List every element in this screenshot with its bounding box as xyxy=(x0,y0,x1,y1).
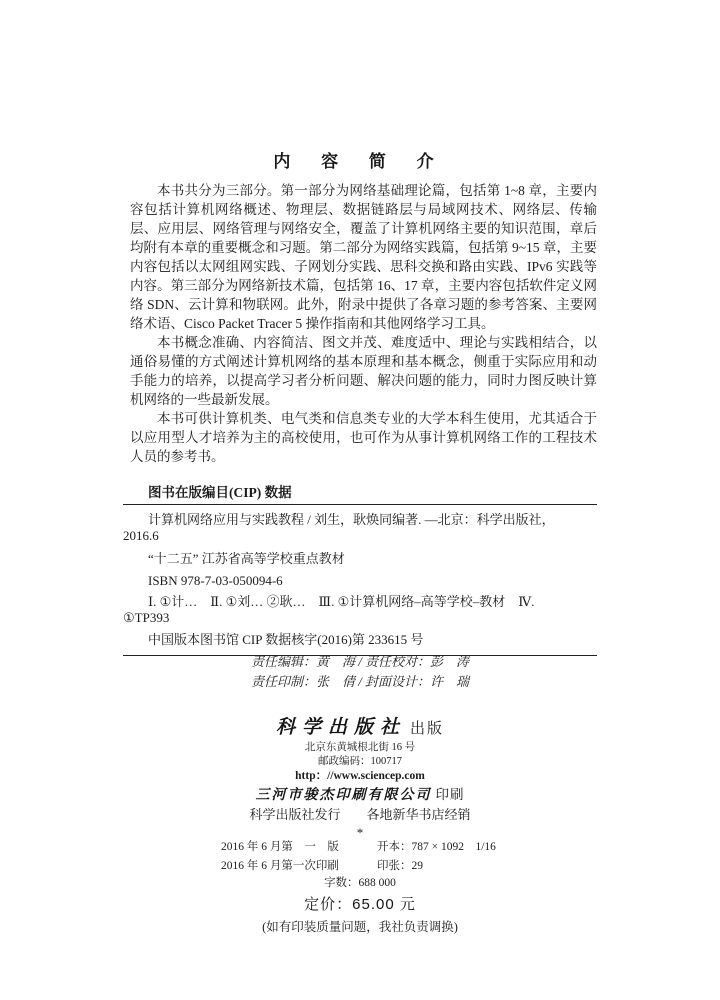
impression-row: 2016 年 6 月第一次印刷 印张：29 xyxy=(0,857,720,876)
quality-notice: (如有印装质量问题，我社负责调换) xyxy=(0,918,720,936)
cip-title-line: 计算机网络应用与实践教程 / 刘生，耿焕同编著. —北京：科学出版社， xyxy=(123,512,597,528)
distribution-line: 科学出版社发行 各地新华书店经销 xyxy=(0,806,720,824)
cip-classification-continuation: ①TP393 xyxy=(123,610,597,626)
price: 定价：65.00 元 xyxy=(0,894,720,916)
publisher-address: 北京东黄城根北街 16 号 xyxy=(0,741,720,755)
cip-section: 图书在版编目(CIP) 数据 计算机网络应用与实践教程 / 刘生，耿焕同编著. … xyxy=(123,484,597,656)
cip-header: 图书在版编目(CIP) 数据 xyxy=(123,484,597,501)
intro-paragraph-1: 本书共分为三部分。第一部分为网络基础理论篇，包括第 1~8 章，主要内容包括计算… xyxy=(130,181,597,333)
cip-isbn: ISBN 978-7-03-050094-6 xyxy=(123,573,597,589)
page-title: 内 容 简 介 xyxy=(0,147,720,172)
intro-paragraph-3: 本书可供计算机类、电气类和信息类专业的大学本科生使用，尤其适合于以应用型人才培养… xyxy=(130,409,597,466)
publisher-postcode: 邮政编码：100717 xyxy=(0,755,720,769)
intro-paragraph-2: 本书概念准确、内容简洁、图文并茂、难度适中、理论与实践相结合，以通俗易懂的方式阐… xyxy=(130,333,597,409)
credits-section: 责任编辑：黄 海 / 责任校对：彭 涛 责任印制：张 倩 / 封面设计：许 瑞 xyxy=(0,652,720,692)
cip-classification: Ⅰ. ①计… Ⅱ. ①刘… ②耿… Ⅲ. ①计算机网络–高等学校–教材 Ⅳ. xyxy=(123,594,597,610)
cip-title-continuation: 2016.6 xyxy=(123,528,597,544)
word-count: 字数：688 000 xyxy=(0,875,720,891)
edition-row: 2016 年 6 月第 一 版 开本：787 × 1092 1/16 xyxy=(0,838,720,857)
cip-record-number: 中国版本图书馆 CIP 数据核字(2016)第 233615 号 xyxy=(123,632,597,648)
printer-name: 三河市骏杰印刷有限公司 xyxy=(256,788,432,803)
cip-series-line: “十二五” 江苏省高等学校重点教材 xyxy=(123,551,597,567)
colophon-section: 科学出版社出版 北京东黄城根北街 16 号 邮政编码：100717 http：/… xyxy=(0,716,720,936)
book-format: 开本：787 × 1092 1/16 xyxy=(377,838,499,857)
publisher-website: http：//www.sciencep.com xyxy=(0,769,720,784)
edition-date: 2016 年 6 月第 一 版 xyxy=(221,838,367,857)
impression-date: 2016 年 6 月第一次印刷 xyxy=(221,857,367,876)
credits-design-line: 责任印制：张 倩 / 封面设计：许 瑞 xyxy=(0,672,720,692)
publisher-name-suffix: 出版 xyxy=(410,721,444,737)
separator-asterisk: * xyxy=(0,827,720,838)
printed-sheets: 印张：29 xyxy=(377,857,499,876)
intro-section: 本书共分为三部分。第一部分为网络基础理论篇，包括第 1~8 章，主要内容包括计算… xyxy=(130,181,597,466)
cip-divider-top xyxy=(123,504,597,505)
printer-line: 三河市骏杰印刷有限公司印刷 xyxy=(0,785,720,805)
book-copyright-page: 内 容 简 介 本书共分为三部分。第一部分为网络基础理论篇，包括第 1~8 章，… xyxy=(0,0,720,1000)
credits-editors-line: 责任编辑：黄 海 / 责任校对：彭 涛 xyxy=(0,652,720,672)
printer-suffix: 印刷 xyxy=(436,787,465,802)
publisher-name-line: 科学出版社出版 xyxy=(0,716,720,741)
publisher-name: 科学出版社 xyxy=(276,717,406,738)
